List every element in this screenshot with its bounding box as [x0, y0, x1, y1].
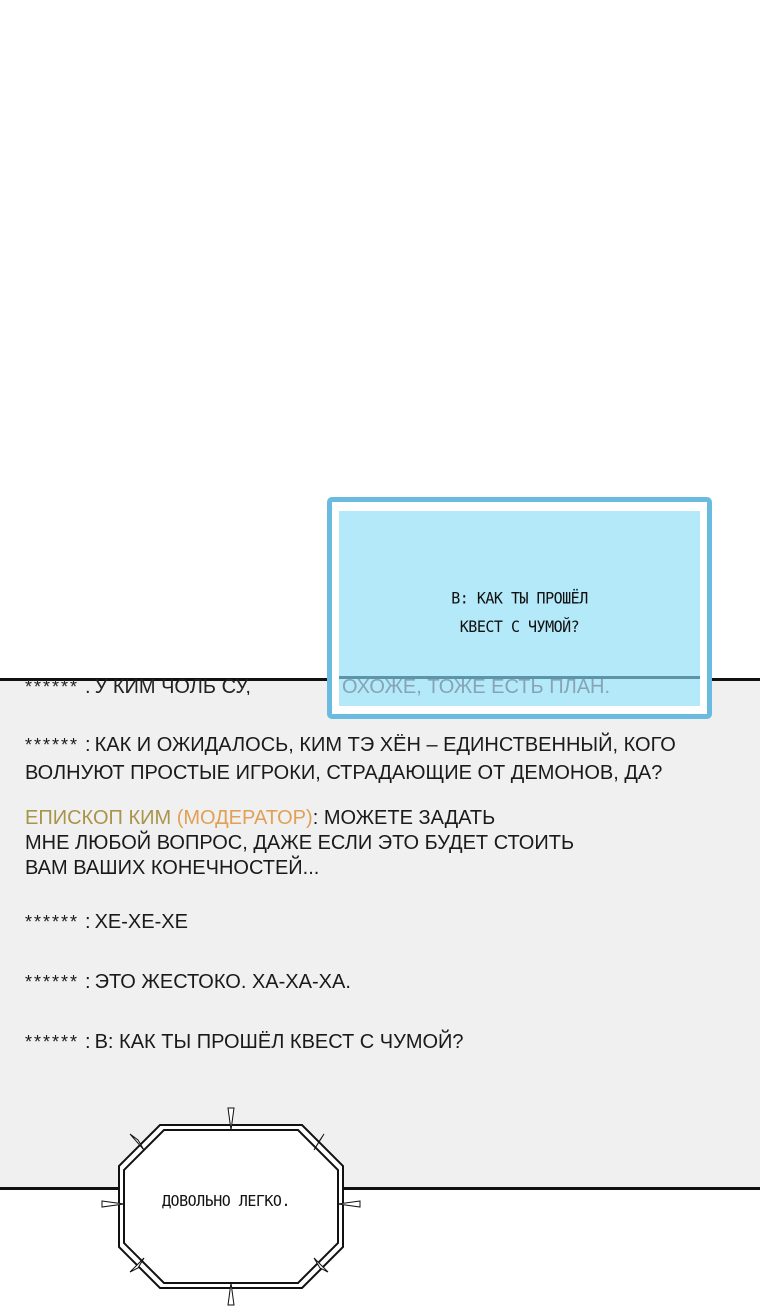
message-text: В: КАК ТЫ ПРОШЁЛ КВЕСТ С ЧУМОЙ? — [95, 1031, 464, 1053]
message-text: У КИМ ЧОЛЬ СУ, — [95, 676, 251, 695]
speech-bubble-text: ДОВОЛЬНО ЛЕГКО. — [100, 1192, 352, 1210]
chat-message-partial: ******.У КИМ ЧОЛЬ СУ, — [25, 675, 251, 695]
message-text: ХЕ-ХЕ-ХЕ — [95, 911, 188, 933]
anonymous-author: ****** — [25, 972, 79, 992]
chat-message: ******:КАК И ОЖИДАЛОСЬ, КИМ ТЭ ХЁН – ЕДИ… — [25, 733, 676, 758]
message-text-continued: МНЕ ЛЮБОЙ ВОПРОС, ДАЖЕ ЕСЛИ ЭТО БУДЕТ СТ… — [25, 831, 574, 856]
notice-text: В: КАК ТЫ ПРОШЁЛ КВЕСТ С ЧУМОЙ? — [332, 585, 707, 642]
message-text: КАК И ОЖИДАЛОСЬ, КИМ ТЭ ХЁН – ЕДИНСТВЕНН… — [95, 734, 676, 756]
system-notice-box: ОХОЖЕ, ТОЖЕ ЕСТЬ ПЛАН. В: КАК ТЫ ПРОШЁЛ … — [327, 497, 712, 719]
anonymous-author: ****** — [25, 1032, 79, 1052]
chat-message: ******:ЭТО ЖЕСТОКО. ХА-ХА-ХА. — [25, 970, 351, 995]
notice-line: В: КАК ТЫ ПРОШЁЛ — [332, 585, 707, 613]
message-text-continued: ВАМ ВАШИХ КОНЕЧНОСТЕЙ... — [25, 856, 319, 881]
moderator-tag: (МОДЕРАТОР) — [177, 807, 313, 829]
notice-line: КВЕСТ С ЧУМОЙ? — [332, 613, 707, 641]
chat-message: ******:ХЕ-ХЕ-ХЕ — [25, 910, 188, 935]
anonymous-author: ****** — [25, 912, 79, 932]
chat-message: ******:В: КАК ТЫ ПРОШЁЛ КВЕСТ С ЧУМОЙ? — [25, 1030, 464, 1055]
notice-divider — [339, 676, 700, 679]
message-text: ЭТО ЖЕСТОКО. ХА-ХА-ХА. — [95, 971, 351, 993]
message-text: МОЖЕТЕ ЗАДАТЬ — [324, 807, 495, 829]
chat-message-moderator: ЕПИСКОП КИМ (МОДЕРАТОР): МОЖЕТЕ ЗАДАТЬ — [25, 806, 495, 831]
anonymous-author: ****** — [25, 677, 79, 695]
message-text-continued: ВОЛНУЮТ ПРОСТЫЕ ИГРОКИ, СТРАДАЮЩИЕ ОТ ДЕ… — [25, 761, 662, 786]
anonymous-author: ****** — [25, 735, 79, 755]
notice-ghost-text: ОХОЖЕ, ТОЖЕ ЕСТЬ ПЛАН. — [342, 676, 692, 696]
moderator-name: ЕПИСКОП КИМ — [25, 807, 171, 829]
